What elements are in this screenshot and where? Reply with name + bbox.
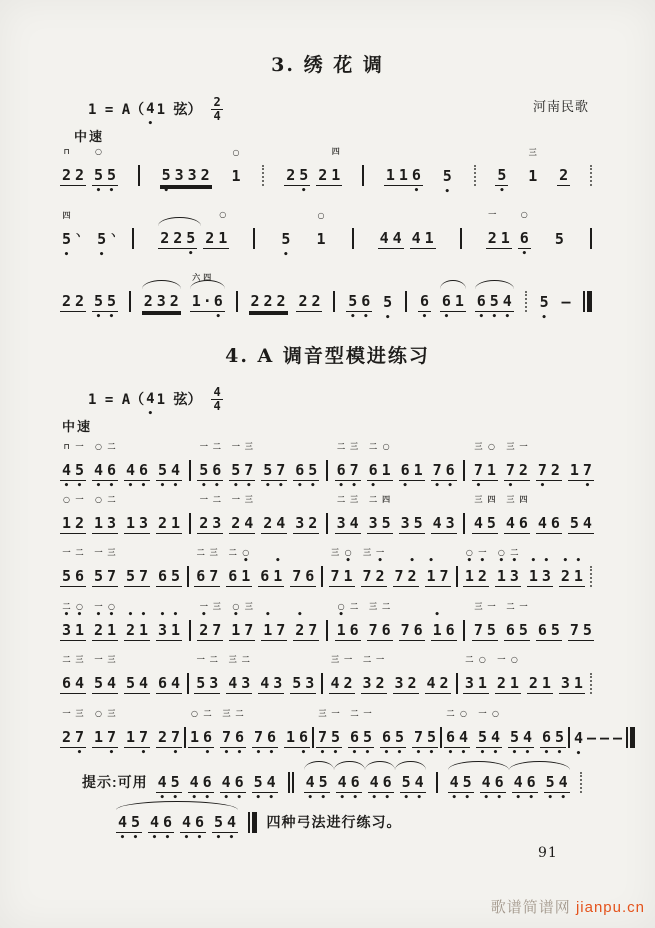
barline — [189, 513, 191, 534]
note-group: 6•1 — [440, 292, 466, 312]
note-group: 5•四ヽ — [60, 230, 73, 249]
piece-1-credit: 河南民歌 — [533, 96, 589, 122]
note-group: 2⊓25•○5• — [60, 166, 118, 186]
fingering-annotation: 二 — [207, 655, 220, 664]
barline — [440, 727, 442, 748]
note: 2 — [527, 674, 540, 694]
octave-dot-low: • — [381, 316, 394, 321]
meter-numerator: 4 — [211, 386, 222, 400]
note: 4 — [378, 229, 391, 249]
watermark-url: jianpu.cn — [576, 899, 645, 916]
octave-dot-high: • — [374, 559, 387, 564]
octave-dot-low: • — [380, 751, 393, 756]
note: 5•一 — [329, 728, 342, 748]
note: 6二 — [73, 567, 86, 587]
note: 2 — [316, 166, 329, 186]
fingering-annotation: 二 — [73, 548, 86, 557]
octave-dot-low: • — [137, 484, 150, 489]
fingering-annotation: 三 — [348, 495, 361, 504]
note: 4三 — [348, 514, 361, 534]
barline — [236, 291, 238, 312]
note: 2 — [249, 292, 262, 312]
barline — [138, 165, 140, 186]
note-group: 5•ヽ — [95, 230, 108, 249]
note: 4 — [581, 514, 594, 534]
note: 5一 — [194, 674, 207, 694]
note: 5• — [212, 813, 225, 833]
note: 5 — [549, 621, 562, 641]
octave-dot-high: • — [476, 559, 489, 564]
octave-dot-low: • — [472, 484, 485, 489]
octave-dot-low: • — [504, 484, 517, 489]
note: 6 — [156, 674, 169, 694]
note: 6 — [444, 621, 457, 641]
note: 5• — [425, 728, 438, 748]
barline — [262, 165, 264, 186]
note: 2 — [60, 292, 73, 312]
octave-dot-high: • — [60, 613, 73, 618]
fingering-annotation: 一 — [486, 210, 499, 219]
octave-dot-high: • — [559, 559, 572, 564]
octave-dot-low: • — [233, 796, 246, 801]
note: 3 — [393, 674, 406, 694]
octave-dot-low: • — [220, 751, 233, 756]
fingering-annotation: ○ — [92, 495, 105, 504]
fingering-annotation: 一 — [194, 655, 207, 664]
note-group: 2一3二2一4三2432 — [197, 514, 319, 534]
fingering-annotation: 三 — [207, 548, 220, 557]
key-prefix: 1 = A（ — [88, 389, 144, 409]
octave-dot-low: • — [410, 189, 423, 194]
barline — [132, 228, 134, 249]
octave-dot-low: • — [279, 253, 292, 258]
note: 6• — [265, 728, 278, 748]
note: 5• — [279, 230, 292, 249]
octave-dot-low: • — [233, 751, 246, 756]
octave-dot-low: • — [169, 484, 182, 489]
octave-dot-high: • — [431, 613, 444, 618]
octave-dot-low: • — [508, 751, 521, 756]
note: 7 — [306, 621, 319, 641]
slur-arc — [395, 761, 426, 770]
octave-dot-low: • — [444, 751, 457, 756]
fingering-annotation: ○ — [489, 709, 502, 718]
fingering-annotation: 三 — [329, 655, 342, 664]
note: 6•二 — [210, 461, 223, 481]
octave-dot-low: • — [536, 484, 549, 489]
fingering-annotation: 三 — [73, 709, 86, 718]
note-group: 4441 — [378, 229, 436, 249]
note: 4三 — [472, 514, 485, 534]
note: 5一 — [92, 567, 105, 587]
note: 1•○ — [335, 621, 348, 641]
note-group: 4•5•4•6•4•6•5•4• — [156, 773, 278, 793]
note: 1○ — [216, 229, 229, 249]
octave-dot-high: • — [425, 559, 438, 564]
note: 6• — [359, 292, 372, 312]
note: 1• — [271, 567, 284, 587]
note: 5•一 — [73, 461, 86, 481]
note-group: 6• — [418, 292, 431, 312]
note: 6四 — [517, 514, 530, 534]
note: 1• — [261, 621, 274, 641]
fingering-annotation: ○ — [476, 655, 489, 664]
fingering-annotation: ○ — [463, 548, 476, 557]
octave-dot-low: • — [201, 796, 214, 801]
note: 7 — [399, 621, 412, 641]
fingering-annotation: ○ — [314, 211, 327, 220]
octave-dot-low: • — [448, 796, 461, 801]
fingering-annotation: 一 — [517, 442, 530, 451]
octave-dot-low: • — [297, 189, 310, 194]
note: 7• — [252, 728, 265, 748]
note: 4•⊓ — [60, 461, 73, 481]
note: 1• — [527, 567, 540, 587]
fingering-annotation: 四 — [380, 495, 393, 504]
note: 1 — [124, 514, 137, 534]
note: 1 — [423, 229, 436, 249]
fingering-annotation: ○ — [60, 495, 73, 504]
note: 2 — [284, 166, 297, 186]
note: 1○ — [92, 514, 105, 534]
fingering-annotation: 二 — [233, 709, 246, 718]
note-group: 7三1•○7三2•一72•1•7 — [329, 567, 451, 587]
note: 2 — [306, 514, 319, 534]
fingering-annotation: 一 — [197, 442, 210, 451]
note: 5•一 — [476, 728, 489, 748]
fingering-annotation: 四 — [329, 147, 342, 156]
note: 2 — [142, 292, 155, 312]
fingering-annotation: 二 — [105, 442, 118, 451]
note: 5• — [495, 166, 508, 186]
key-low-digit: 4 — [146, 391, 154, 407]
meter-denominator: 4 — [213, 400, 220, 413]
note: 4•○ — [489, 728, 502, 748]
fingering-annotation: 四 — [60, 211, 73, 220]
octave-dot-low: • — [393, 751, 406, 756]
barline — [626, 727, 635, 748]
note: 1 — [568, 461, 581, 481]
note: 5 — [290, 674, 303, 694]
octave-dot-low: • — [512, 796, 525, 801]
octave-dot-low: • — [348, 484, 361, 489]
fingering-annotation: ○ — [229, 602, 242, 611]
note-group: 5•332 — [160, 166, 212, 186]
key-suffix: 1 弦） — [157, 389, 202, 409]
note: 7• — [536, 461, 549, 481]
fingering-annotation: 四 — [517, 495, 530, 504]
fingering-annotation: ○ — [342, 548, 355, 557]
fingering-annotation: 二 — [201, 709, 214, 718]
note-group: 5• — [279, 230, 292, 249]
note: 2⊓ — [60, 166, 73, 186]
octave-dot-low: • — [501, 315, 514, 320]
meter-fraction: 24 — [211, 96, 222, 122]
hint-bowing-variants-1: 4•5•4•6•4•6•5•4•4•5•4•6•4•6•5•4•4•5•4•6•… — [156, 772, 584, 793]
note: 5 — [124, 674, 137, 694]
note: 5• — [461, 773, 474, 793]
note: 5•四ヽ — [60, 230, 73, 249]
note: 6• — [418, 292, 431, 312]
fingering-annotation: 二 — [194, 548, 207, 557]
fingering-annotation: 三 — [316, 709, 329, 718]
octave-dot-low: • — [441, 190, 454, 195]
note: 3二 — [367, 514, 380, 534]
fingering-annotation: ○ — [380, 442, 393, 451]
fingering-annotation: 三 — [73, 655, 86, 664]
barline — [474, 165, 476, 186]
note: 1○ — [60, 514, 73, 534]
fingering-annotation: 二 — [239, 655, 252, 664]
note: 6•二 — [105, 461, 118, 481]
note: 4三 — [73, 674, 86, 694]
note: 5•一 — [361, 728, 374, 748]
octave-dot-low: • — [274, 484, 287, 489]
note: 5 — [124, 567, 137, 587]
note: 1 — [499, 229, 512, 249]
note: 1• — [425, 567, 438, 587]
note-group: 6二4三5一4三5464 — [60, 674, 182, 694]
note: 5• — [441, 167, 454, 186]
note: 6• — [193, 813, 206, 833]
note: 7•三 — [105, 728, 118, 748]
note: 7• — [431, 461, 444, 481]
note: 1四 — [329, 166, 342, 186]
note: 4• — [180, 813, 193, 833]
note: 2 — [203, 229, 216, 249]
fingering-annotation: 三 — [210, 602, 223, 611]
fingering-annotation: 一 — [476, 709, 489, 718]
watermark: 歌谱简谱网 jianpu.cn — [491, 896, 645, 917]
note: 7•三 — [73, 728, 86, 748]
note-group: 6•5•4• — [475, 292, 514, 312]
note: 4三 — [105, 674, 118, 694]
note: 6• — [297, 728, 310, 748]
note-group: 3二4三3二5四3543 — [335, 514, 457, 534]
octave-dot-low: • — [349, 796, 362, 801]
music-line: 1○2一1○3二13212一3二2一4三24323二4三3二5四35434三5四… — [60, 500, 594, 534]
meter-fraction: 44 — [211, 386, 222, 412]
fingering-annotation: ○ — [92, 709, 105, 718]
octave-dot-low: • — [265, 751, 278, 756]
octave-dot-high: • — [335, 613, 348, 618]
fingering-annotation: 一 — [92, 655, 105, 664]
piece-1-tempo: 中速 — [74, 126, 104, 145]
fingering-annotation: 二 — [60, 655, 73, 664]
piece-1-key-signature: 1 = A（4 1 弦）24 — [88, 96, 223, 122]
note-group: 4三5四4三6四4654 — [472, 514, 594, 534]
fingering-annotation: 一 — [342, 655, 355, 664]
octave-dot-high: • — [463, 559, 476, 564]
fingering-annotation: 二 — [463, 655, 476, 664]
barline — [460, 228, 462, 249]
note: 4 — [431, 514, 444, 534]
note: 5 — [568, 514, 581, 534]
note: 4• — [557, 773, 570, 793]
music-line: 5一6二5一7三57656二7三6二1•○61•767三1•○7三2•一72•1… — [60, 553, 594, 587]
note: 6• — [493, 773, 506, 793]
note: 5四 — [485, 514, 498, 534]
fingering-annotation: 一 — [329, 709, 342, 718]
note: 2 — [296, 292, 309, 312]
note: 2•一 — [197, 621, 210, 641]
octave-dot-low: • — [335, 484, 348, 489]
octave-dot-low: • — [116, 836, 129, 841]
note: 3• — [156, 621, 169, 641]
hint-label: 提示:可用 — [82, 772, 148, 793]
note: 7三 — [242, 621, 255, 641]
piece-1-key-row: 1 = A（4 1 弦）24 河南民歌 — [88, 96, 589, 122]
octave-dot-high: • — [137, 613, 150, 618]
note-group: 3二1○2一1○2131 — [463, 674, 585, 694]
octave-dot-low: • — [212, 836, 225, 841]
note: 4 — [169, 674, 182, 694]
octave-dot-low: • — [210, 484, 223, 489]
barline — [405, 291, 407, 312]
hint-row-2: 4•5•4•6•4•6•5•4• 四种弓法进行练习。 — [116, 812, 402, 833]
barline — [187, 673, 189, 694]
fingering-annotation: 二 — [367, 495, 380, 504]
barline — [189, 460, 191, 481]
note: 3二 — [105, 514, 118, 534]
fingering-annotation: 二 — [367, 442, 380, 451]
slide-tick-mark: ヽ — [73, 227, 83, 246]
note: 6• — [525, 773, 538, 793]
fingering-annotation: 四 — [485, 495, 498, 504]
note: 2 — [549, 461, 562, 481]
note: 6• — [440, 292, 453, 312]
note-group: 5一3二4三3二4353 — [194, 674, 316, 694]
note: 2 — [406, 674, 419, 694]
note-group: 1六·四6• — [190, 292, 225, 312]
fingering-annotation: 二 — [335, 442, 348, 451]
note: 5• — [346, 292, 359, 312]
octave-dot-low: • — [399, 484, 412, 489]
note: 4• — [572, 729, 585, 748]
octave-dot-low: • — [329, 751, 342, 756]
octave-dot-high: • — [124, 613, 137, 618]
octave-dot-low: • — [367, 484, 380, 489]
octave-dot-low: • — [304, 796, 317, 801]
note: 5• — [538, 293, 551, 312]
fingering-annotation: 一 — [229, 495, 242, 504]
note: 4• — [448, 773, 461, 793]
fingering-annotation: ○ — [92, 147, 105, 156]
note-group: 1三 — [526, 167, 539, 186]
octave-dot-high: • — [92, 613, 105, 618]
note: 7•三 — [472, 461, 485, 481]
note: 2 — [73, 292, 86, 312]
note: – — [585, 729, 598, 748]
note: 4 — [410, 229, 423, 249]
barline — [436, 772, 438, 793]
note: 4• — [156, 773, 169, 793]
note: 5• — [317, 773, 330, 793]
note: 4• — [304, 773, 317, 793]
note: 7三 — [105, 567, 118, 587]
note-group: 1○6•二7•三6•二7•6•16• — [188, 728, 310, 748]
barline — [352, 228, 354, 249]
note: 7三 — [329, 567, 342, 587]
barline — [326, 513, 328, 534]
octave-dot-low: • — [252, 796, 265, 801]
octave-dot-low: • — [480, 796, 493, 801]
note: 2一 — [60, 728, 73, 748]
note: 5•○ — [92, 166, 105, 186]
hint-tail: 四种弓法进行练习。 — [267, 812, 402, 833]
note: 1○ — [314, 230, 327, 249]
fingering-annotation: 三 — [242, 495, 255, 504]
barline — [590, 566, 592, 587]
fingering-annotation: 三 — [472, 602, 485, 611]
octave-dot-low: • — [518, 252, 531, 257]
octave-dot-high: • — [540, 559, 553, 564]
note-group: 2 — [557, 166, 570, 186]
note-group: 225•5• — [60, 292, 118, 312]
note: 6•二 — [201, 728, 214, 748]
octave-dot-low: • — [225, 836, 238, 841]
music-line: 2⊓25•○5•5•3321○25•21四116•5•5•1三2 — [60, 152, 594, 186]
octave-dot-low: • — [229, 484, 242, 489]
note: 1三 — [526, 167, 539, 186]
fingering-annotation: ○ — [518, 210, 531, 219]
slur-arc — [440, 280, 466, 289]
note-group: 5•一6•二5•一7•三5•7•6•5• — [197, 461, 319, 481]
note: 7三 — [207, 567, 220, 587]
fingering-annotation: 三 — [226, 655, 239, 664]
fingering-annotation: 三 — [348, 442, 361, 451]
barline — [568, 727, 570, 748]
barline — [312, 727, 314, 748]
note: 7三 — [367, 621, 380, 641]
note: 6• — [233, 773, 246, 793]
octave-dot-low: • — [425, 751, 438, 756]
fingering-annotation: 二 — [226, 548, 239, 557]
note: 4• — [124, 461, 137, 481]
fingering-annotation: 一 — [197, 495, 210, 504]
note-group: 116• — [384, 166, 423, 186]
note-group: 5•6• — [346, 292, 372, 312]
note-group: 2一7•三1○7•三17•27• — [60, 728, 182, 748]
note: 5• — [129, 813, 142, 833]
music-line: 4•⊓5•一4•○6•二4•6•5•4•5•一6•二5•一7•三5•7•6•5•… — [60, 447, 594, 481]
note: 2一 — [517, 461, 530, 481]
note: 4 — [425, 674, 438, 694]
note-group: 4•5•4•6•4•6•5•4• — [116, 813, 238, 833]
octave-dot-low: • — [73, 751, 86, 756]
fingering-annotation: 一 — [361, 709, 374, 718]
note: 5•一 — [197, 461, 210, 481]
octave-dot-low: • — [105, 315, 118, 320]
octave-dot-low: • — [489, 751, 502, 756]
barline — [129, 291, 131, 312]
note: 2 — [158, 229, 171, 249]
note: 5• — [105, 292, 118, 312]
note: 1○ — [380, 461, 393, 481]
note: 6 — [412, 621, 425, 641]
fingering-annotation: 三 — [526, 148, 539, 157]
note: 5 — [169, 567, 182, 587]
hint-bowing-variants-2: 4•5•4•6•4•6•5•4• — [116, 812, 259, 833]
note: 2•一 — [92, 621, 105, 641]
note-group: – — [585, 729, 598, 748]
note: 3 — [155, 292, 168, 312]
piece-1-title: 3. 绣 花 调 — [0, 50, 655, 77]
octave-dot-low: • — [431, 484, 444, 489]
fingering-annotation: 一 — [197, 602, 210, 611]
note: 6• — [380, 728, 393, 748]
note: 2 — [168, 292, 181, 312]
